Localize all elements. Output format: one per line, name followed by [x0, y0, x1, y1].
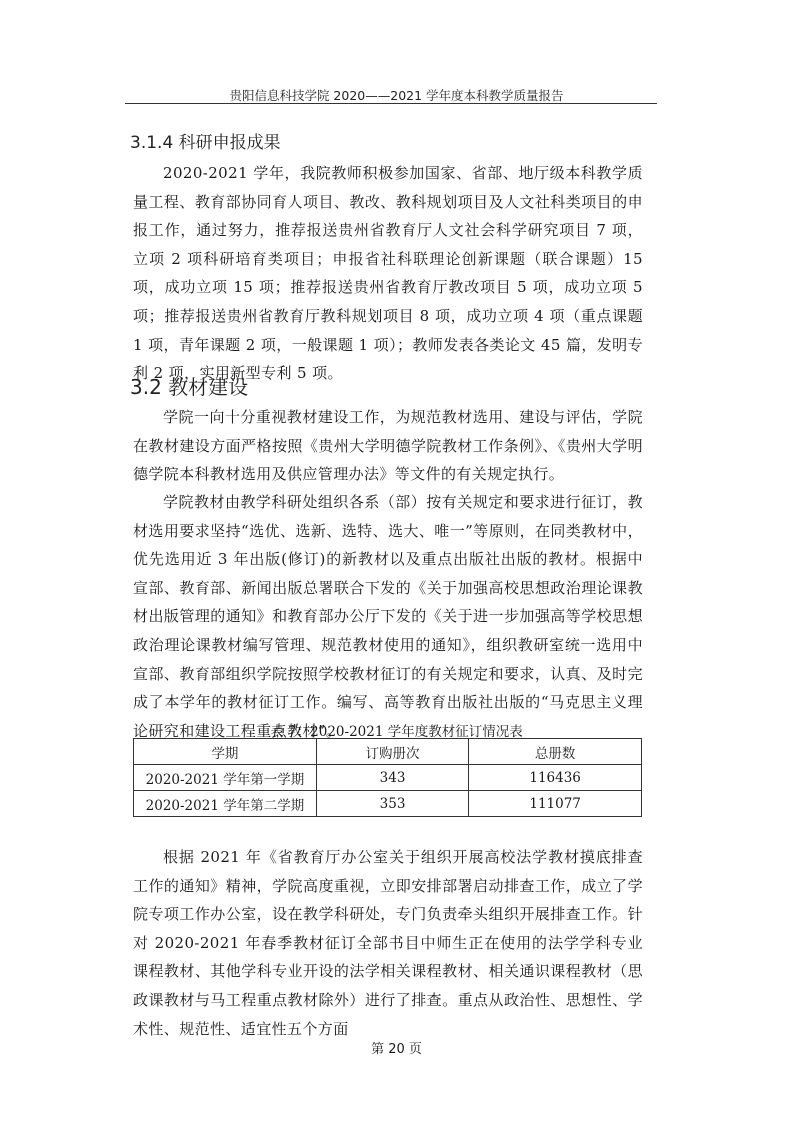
textbook-paragraph-3: 根据 2021 年《省教育厅办公室关于组织开展高校法学教材摸底排查工作的通知》精…: [133, 843, 643, 1043]
table-caption: 表 7：2020-2021 学年度教材征订情况表: [0, 720, 793, 740]
cell-orders: 343: [316, 765, 468, 791]
cell-total: 111077: [469, 791, 642, 817]
page-number: 第 20 页: [0, 1038, 793, 1057]
textbook-paragraph-2: 学院教材由教学科研处组织各系（部）按有关规定和要求进行征订，教材选用要求坚持“选…: [133, 488, 643, 745]
column-header-total: 总册数: [469, 739, 642, 765]
column-header-orders: 订购册次: [316, 739, 468, 765]
textbook-paragraph-1: 学院一向十分重视教材建设工作，为规范教材选用、建设与评估，学院在教材建设方面严格…: [133, 403, 643, 489]
section-heading-3-1-4: 3.1.4 科研申报成果: [130, 128, 281, 153]
table-row: 2020-2021 学年第二学期 353 111077: [134, 791, 642, 817]
cell-orders: 353: [316, 791, 468, 817]
cell-total: 116436: [469, 765, 642, 791]
textbook-order-table: 学期 订购册次 总册数 2020-2021 学年第一学期 343 116436 …: [133, 738, 642, 817]
column-header-semester: 学期: [134, 739, 317, 765]
cell-semester: 2020-2021 学年第二学期: [134, 791, 317, 817]
research-paragraph: 2020-2021 学年，我院教师积极参加国家、省部、地厅级本科教学质量工程、教…: [133, 159, 643, 388]
header-rule: [125, 103, 657, 104]
page-header: 贵阳信息科技学院 2020——2021 学年度本科教学质量报告: [0, 86, 793, 104]
section-heading-3-2: 3.2 教材建设: [130, 371, 248, 400]
table-row: 2020-2021 学年第一学期 343 116436: [134, 765, 642, 791]
table-header-row: 学期 订购册次 总册数: [134, 739, 642, 765]
cell-semester: 2020-2021 学年第一学期: [134, 765, 317, 791]
